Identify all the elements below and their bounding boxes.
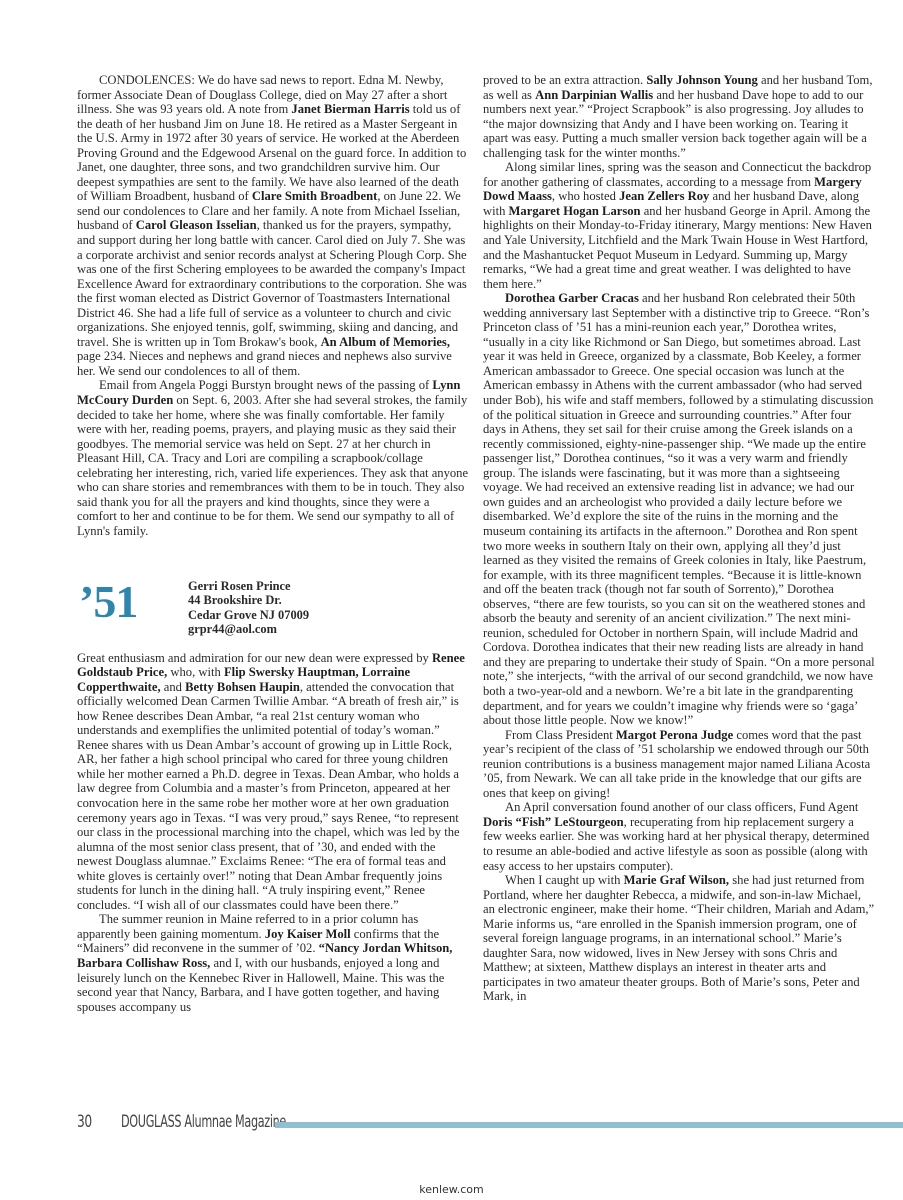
bold-name: Janet Bierman Harris: [291, 102, 409, 116]
correspondent-city: Cedar Grove NJ 07009: [188, 608, 309, 623]
lynn-durden-paragraph: Email from Angela Poggi Burstyn brought …: [77, 378, 469, 538]
watermark: kenlew.com: [0, 1183, 903, 1196]
maine-reunion-paragraph: The summer reunion in Maine referred to …: [77, 912, 469, 1014]
maine-continued-paragraph: proved to be an extra attraction. Sally …: [483, 73, 875, 160]
text-run: , who hosted: [552, 189, 619, 203]
correspondent-email[interactable]: grpr44@aol.com: [188, 622, 309, 637]
correspondent-street: 44 Brookshire Dr.: [188, 593, 309, 608]
bold-name: Joy Kaiser Moll: [265, 927, 351, 941]
bold-name: Carol Gleason Isselian: [136, 218, 257, 232]
scholarship-paragraph: From Class President Margot Perona Judge…: [483, 728, 875, 801]
text-run: on Sept. 6, 2003. After she had several …: [77, 393, 468, 538]
bold-name: Doris “Fish” LeStourgeon: [483, 815, 624, 829]
right-column: proved to be an extra attraction. Sally …: [483, 73, 875, 1004]
correspondent-name: Gerri Rosen Prince: [188, 579, 309, 594]
bold-name: Clare Smith Broadbent: [252, 189, 377, 203]
greece-trip-paragraph: Dorothea Garber Cracas and her husband R…: [483, 291, 875, 727]
text-run: Along similar lines, spring was the seas…: [483, 160, 871, 189]
text-run: When I caught up with: [505, 873, 624, 887]
class-header: ’51 Gerri Rosen Prince 44 Brookshire Dr.…: [77, 577, 469, 637]
bold-name: Ann Darpinian Wallis: [535, 88, 653, 102]
bold-name: Betty Bohsen Haupin: [185, 680, 300, 694]
text-run: proved to be an extra attraction.: [483, 73, 646, 87]
dean-paragraph: Great enthusiasm and admiration for our …: [77, 651, 469, 913]
left-column: CONDOLENCES: We do have sad news to repo…: [77, 73, 469, 1014]
book-title: An Album of Memories,: [321, 335, 450, 349]
footer-rule: [275, 1122, 903, 1128]
text-run: told us of the death of her husband Jim …: [77, 102, 466, 203]
bold-name: Margaret Hogan Larson: [509, 204, 641, 218]
text-run: Email from Angela Poggi Burstyn brought …: [99, 378, 432, 392]
text-run: From Class President: [505, 728, 616, 742]
text-run: and: [161, 680, 185, 694]
page-number: 30: [77, 1112, 92, 1132]
text-run: Great enthusiasm and admiration for our …: [77, 651, 432, 665]
text-run: she had just returned from Portland, whe…: [483, 873, 874, 1003]
magazine-page: CONDOLENCES: We do have sad news to repo…: [0, 0, 903, 1200]
class-year: ’51: [79, 579, 137, 625]
bold-name: Margot Perona Judge: [616, 728, 733, 742]
page-footer: 30 DOUGLASS Alumnae Magazine: [77, 1112, 857, 1142]
magazine-title: DOUGLASS Alumnae Magazine: [121, 1112, 286, 1132]
connecticut-paragraph: Along similar lines, spring was the seas…: [483, 160, 875, 291]
bold-name: Sally Johnson Young: [646, 73, 758, 87]
text-run: , thanked us for the prayers, sympathy, …: [77, 218, 467, 348]
text-run: who, with: [167, 665, 224, 679]
fund-agent-paragraph: An April conversation found another of o…: [483, 800, 875, 873]
text-run: and her husband Ron celebrated their 50t…: [483, 291, 875, 727]
text-run: page 234. Nieces and nephews and grand n…: [77, 349, 452, 378]
bold-name: Jean Zellers Roy: [619, 189, 709, 203]
bold-name: Dorothea Garber Cracas: [505, 291, 639, 305]
class-correspondent: Gerri Rosen Prince 44 Brookshire Dr. Ced…: [188, 579, 309, 637]
text-run: , attended the convocation that official…: [77, 680, 460, 912]
text-run: An April conversation found another of o…: [505, 800, 858, 814]
bold-name: Marie Graf Wilson,: [624, 873, 730, 887]
condolences-paragraph: CONDOLENCES: We do have sad news to repo…: [77, 73, 469, 378]
marie-wilson-paragraph: When I caught up with Marie Graf Wilson,…: [483, 873, 875, 1004]
